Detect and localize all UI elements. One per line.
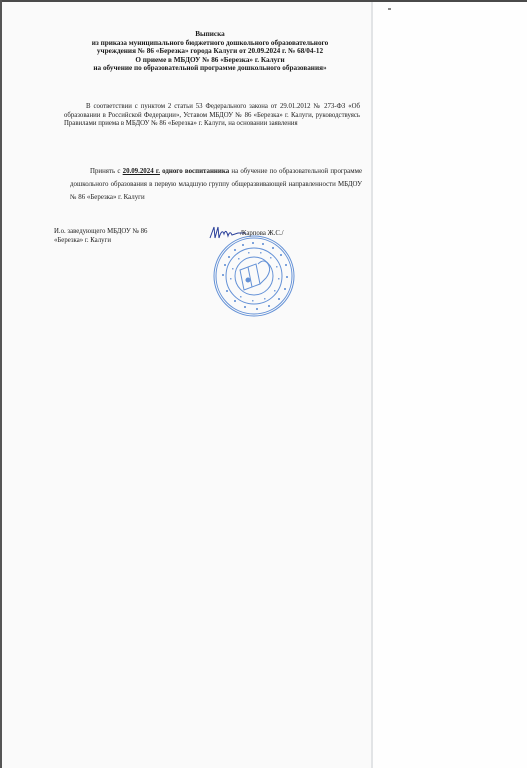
document-title: Выписка [60,30,360,39]
order-paragraph: Принять с 20.09.2024 г. одного воспитанн… [70,165,362,204]
document-header: Выписка из приказа муниципального бюджет… [60,30,360,73]
official-stamp-icon [212,234,296,318]
order-subject: одного воспитанника [160,168,229,175]
signer-line: «Березка» г. Калуги [54,237,174,246]
scan-margin [373,2,527,768]
header-line: О приеме в МБДОУ № 86 «Березка» г. Калуг… [60,56,360,65]
preamble-text: В соответствии с пунктом 2 статьи 53 Фед… [64,103,360,127]
order-prefix: Принять с [90,168,123,175]
signer-name: /Карпова Ж.С./ [240,230,284,239]
header-line: из приказа муниципального бюджетного дош… [60,39,360,48]
signer-line: И.о. заведующего МБДОУ № 86 [54,228,174,237]
scan-speck [388,8,391,10]
header-line: учреждения № 86 «Березка» города Калуги … [60,47,360,56]
signer-title: И.о. заведующего МБДОУ № 86 «Березка» г.… [54,228,174,245]
header-line: на обучение по образовательной программе… [60,64,360,73]
preamble-paragraph: В соответствии с пунктом 2 статьи 53 Фед… [64,103,360,129]
order-date: 20.09.2024 г. [123,168,160,175]
